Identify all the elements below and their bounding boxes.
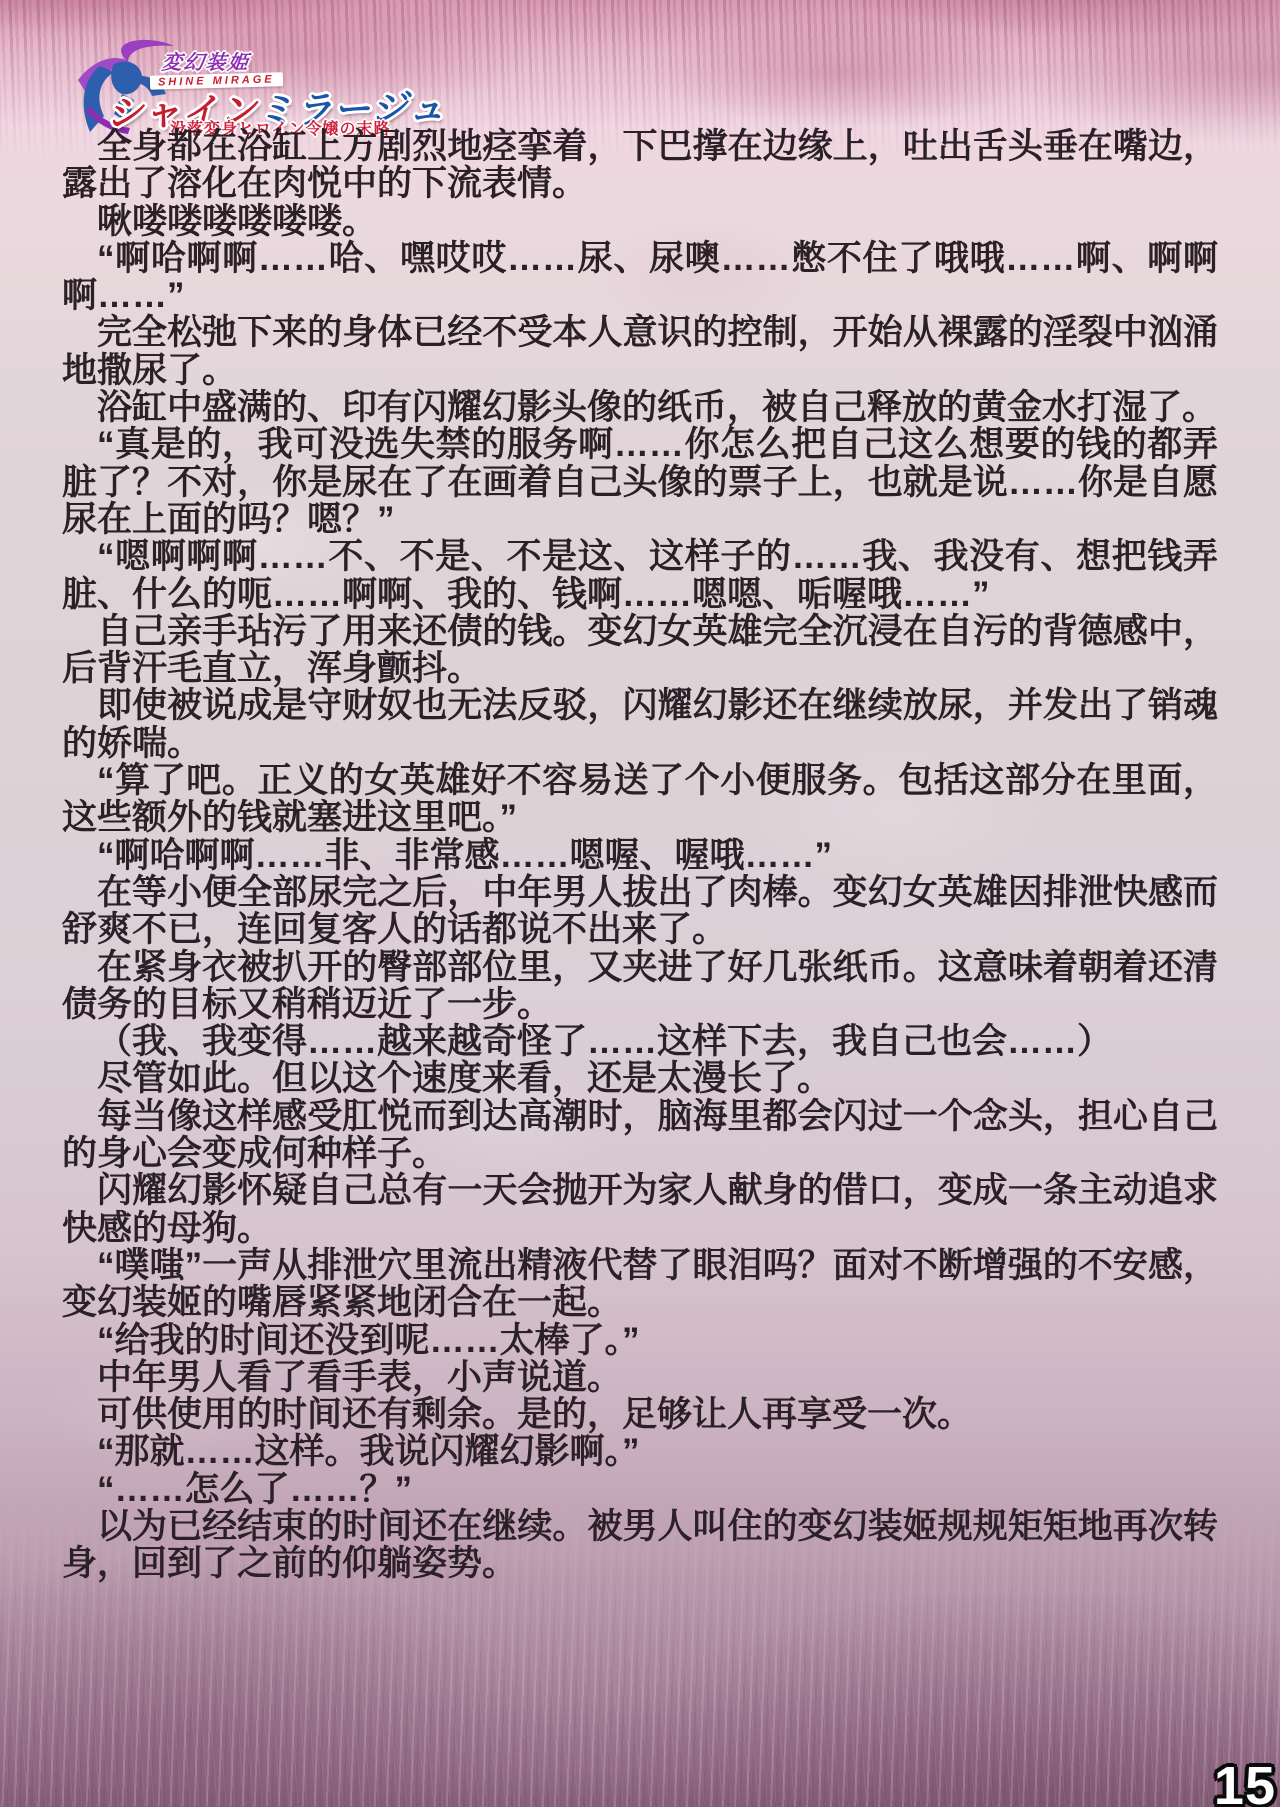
paragraph: 即使被说成是守财奴也无法反驳，闪耀幻影还在继续放尿，并发出了销魂的娇喘。 xyxy=(62,687,1218,762)
paragraph: “那就……这样。我说闪耀幻影啊。” xyxy=(62,1433,1218,1470)
paragraph: “……怎么了……？” xyxy=(62,1471,1218,1508)
novel-page: 変幻装姫 SHINE MIRAGE シャインミラージュ 没落変身ヒロイン令嬢の末… xyxy=(0,0,1280,1807)
paragraph: 在等小便全部尿完之后，中年男人拔出了肉棒。变幻女英雄因排泄快感而舒爽不已，连回复… xyxy=(62,874,1218,949)
series-logo: 変幻装姫 SHINE MIRAGE シャインミラージュ 没落変身ヒロイン令嬢の末… xyxy=(70,28,490,143)
paragraph: 浴缸中盛满的、印有闪耀幻影头像的纸币，被自己释放的黄金水打湿了。 xyxy=(62,389,1218,426)
novel-text: 全身都在浴缸上方剧烈地痉挛着，下巴撑在边缘上，吐出舌头垂在嘴边，露出了溶化在肉悦… xyxy=(62,128,1218,1583)
page-number: 15 xyxy=(1214,1759,1276,1807)
paragraph: 在紧身衣被扒开的臀部部位里，又夹进了好几张纸币。这意味着朝着还清债务的目标又稍稍… xyxy=(62,949,1218,1024)
paragraph: 尽管如此。但以这个速度来看，还是太漫长了。 xyxy=(62,1060,1218,1097)
paragraph: （我、我变得……越来越奇怪了……这样下去，我自己也会……） xyxy=(62,1023,1218,1060)
paragraph: 自己亲手玷污了用来还债的钱。变幻女英雄完全沉浸在自污的背德感中，后背汗毛直立，浑… xyxy=(62,613,1218,688)
paragraph: 全身都在浴缸上方剧烈地痉挛着，下巴撑在边缘上，吐出舌头垂在嘴边，露出了溶化在肉悦… xyxy=(62,128,1218,203)
paragraph: “真是的，我可没选失禁的服务啊……你怎么把自己这么想要的钱的都弄脏了？不对，你是… xyxy=(62,426,1218,538)
paragraph: “啊哈啊啊……哈、嘿哎哎……尿、尿噢……憋不住了哦哦……啊、啊啊啊……” xyxy=(62,240,1218,315)
series-kanji-label: 変幻装姫 xyxy=(160,46,251,75)
paragraph: 中年男人看了看手表，小声说道。 xyxy=(62,1359,1218,1396)
paragraph: 每当像这样感受肛悦而到达高潮时，脑海里都会闪过一个念头，担心自己的身心会变成何种… xyxy=(62,1098,1218,1173)
paragraph: 以为已经结束的时间还在继续。被男人叫住的变幻装姬规规矩矩地再次转身，回到了之前的… xyxy=(62,1508,1218,1583)
paragraph: 完全松弛下来的身体已经不受本人意识的控制，开始从裸露的淫裂中汹涌地撒尿了。 xyxy=(62,314,1218,389)
paragraph: “噗嗤”一声从排泄穴里流出精液代替了眼泪吗？面对不断增强的不安感，变幻装姬的嘴唇… xyxy=(62,1247,1218,1322)
paragraph: 啾喽喽喽喽喽喽。 xyxy=(62,203,1218,240)
paragraph: “嗯啊啊啊……不、不是、不是这、这样子的……我、我没有、想把钱弄脏、什么的呃……… xyxy=(62,538,1218,613)
paragraph: 可供使用的时间还有剩余。是的，足够让人再享受一次。 xyxy=(62,1396,1218,1433)
paragraph: 闪耀幻影怀疑自己总有一天会抛开为家人献身的借口，变成一条主动追求快感的母狗。 xyxy=(62,1172,1218,1247)
paragraph: “啊哈啊啊……非、非常感……嗯喔、喔哦……” xyxy=(62,837,1218,874)
paragraph: “给我的时间还没到呢……太棒了。” xyxy=(62,1322,1218,1359)
paragraph: “算了吧。正义的女英雄好不容易送了个小便服务。包括这部分在里面，这些额外的钱就塞… xyxy=(62,762,1218,837)
